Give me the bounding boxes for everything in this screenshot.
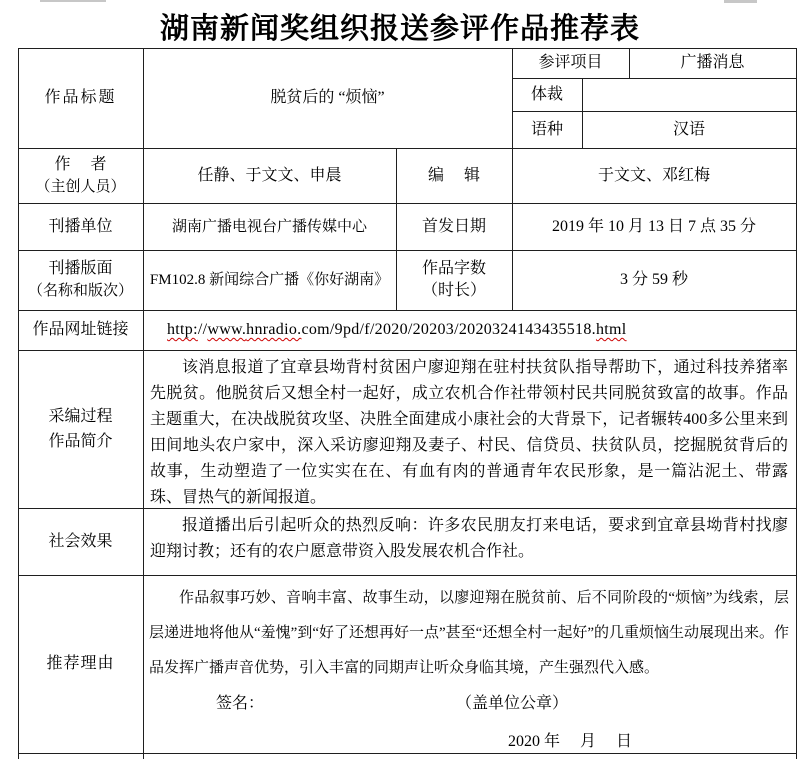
publisher-label: 刊播单位 [18, 203, 143, 250]
language-label: 语种 [512, 111, 582, 148]
url-segment: www. [207, 321, 246, 338]
first-air-label: 首发日期 [396, 203, 512, 250]
duration-label-line2: （时长） [422, 280, 486, 302]
effect-label: 社会效果 [18, 508, 143, 575]
work-title-value: 脱贫后的 “烦恼” [143, 48, 512, 148]
editors-value: 于文文、邓红梅 [512, 148, 796, 203]
duration-value: 3 分 59 秒 [512, 250, 796, 310]
process-text: 该消息报道了宜章县坳背村贫困户廖迎翔在驻村扶贫队指导帮助下，通过科技养猪率先脱贫… [150, 355, 788, 506]
process-cell: 该消息报道了宜章县坳背村贫困户廖迎翔在驻村扶贫队指导帮助下，通过科技养猪率先脱贫… [144, 352, 795, 506]
seal-note: （盖单位公章） [456, 690, 568, 713]
reason-text: 作品叙事巧妙、音响丰富、故事生动，以廖迎翔在脱贫前、后不同阶段的“烦恼”为线索，… [144, 575, 795, 686]
author-label: 作 者 （主创人员） [18, 148, 143, 203]
entry-category-value: 广播消息 [629, 48, 796, 78]
duration-label: 作品字数 （时长） [396, 250, 512, 310]
genre-label: 体裁 [512, 78, 582, 111]
scan-artifact [40, 0, 106, 2]
date-line: 2020 年 月 日 [508, 728, 632, 751]
author-label-line1: 作 者 [35, 154, 125, 176]
url-segment: // [198, 321, 208, 338]
duration-label-line1: 作品字数 [422, 258, 486, 280]
reason-label: 推荐理由 [18, 575, 143, 753]
document-page: 湖南新闻奖组织报送参评作品推荐表 作品标题 脱贫后的 “烦恼” 参评项目 广播消… [0, 0, 800, 759]
scan-artifact [724, 0, 757, 3]
first-air-value: 2019 年 10 月 13 日 7 点 35 分 [512, 203, 796, 250]
url-segment: hnradio. [246, 321, 301, 338]
effect-text: 报道播出后引起听众的热烈反响：许多农民朋友打来电话，要求到宜章县坳背村找廖迎翔讨… [150, 513, 788, 565]
authors-value: 任静、于文文、申晨 [143, 148, 396, 203]
editor-label: 编 辑 [396, 148, 512, 203]
url-segment: http: [167, 321, 198, 338]
signature-label: 签名： [216, 690, 264, 713]
reason-cell: 作品叙事巧妙、音响丰富、故事生动，以廖迎翔在脱贫前、后不同阶段的“烦恼”为线索，… [144, 575, 795, 753]
publisher-value: 湖南广播电视台广播传媒中心 [143, 203, 396, 250]
url-label: 作品网址链接 [18, 310, 143, 350]
edition-label-line2: （名称和版次） [28, 280, 133, 302]
edition-value: FM102.8 新闻综合广播《你好湖南》 [143, 250, 396, 310]
url-value: http://www.hnradio.com/9pd/f/2020/20203/… [143, 310, 796, 350]
work-title-label: 作品标题 [18, 48, 143, 148]
url-segment: com/9pd/f/2020/20203/2020324143435518. [301, 321, 596, 338]
entry-category-label: 参评项目 [512, 48, 629, 78]
process-label: 采编过程 作品简介 [18, 350, 143, 508]
genre-value [582, 78, 796, 111]
author-label-line2: （主创人员） [35, 176, 125, 198]
grid-line [18, 753, 797, 754]
url-segment: html [596, 321, 627, 338]
edition-label-line1: 刊播版面 [28, 258, 133, 280]
grid-line [796, 48, 797, 759]
page-title: 湖南新闻奖组织报送参评作品推荐表 [0, 6, 800, 47]
language-value: 汉语 [582, 111, 796, 148]
effect-cell: 报道播出后引起听众的热烈反响：许多农民朋友打来电话，要求到宜章县坳背村找廖迎翔讨… [144, 509, 795, 574]
edition-label: 刊播版面 （名称和版次） [18, 250, 143, 310]
process-label-line2: 作品简介 [48, 429, 112, 454]
process-label-line1: 采编过程 [48, 404, 112, 429]
